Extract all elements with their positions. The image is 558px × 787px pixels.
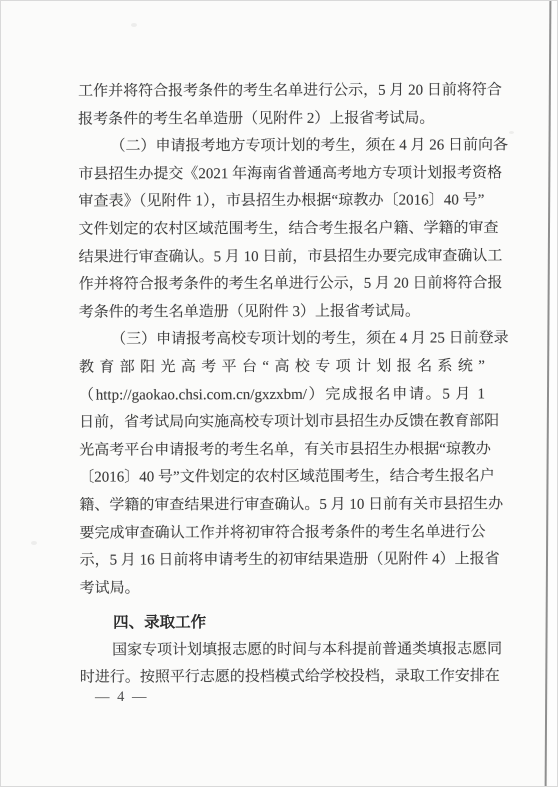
text-line: 籍、学籍的审查结果进行审查确认。5 月 10 日前有关市县招生办	[79, 491, 485, 520]
text-line: 结果进行审查确认。5 月 10 日前，市县招生办要完成审查确认工	[79, 243, 485, 272]
text-line: （http://gaokao.chsi.com.cn/gxzxbm/）完成报名申…	[79, 381, 485, 410]
text-line: （二）申请报考地方专项计划的考生，须在 4 月 26 日前向各	[78, 133, 484, 162]
text-line: 工作并将符合报考条件的考生名单进行公示，5 月 20 日前将符合	[78, 77, 484, 106]
page-number: — 4 —	[95, 689, 149, 706]
document-body: 工作并将符合报考条件的考生名单进行公示，5 月 20 日前将符合报考条件的考生名…	[78, 77, 486, 692]
text-line: 国家专项计划填报志愿的时间与本科提前普通类填报志愿同	[80, 636, 486, 665]
text-line: 市县招生办提交《2021 年海南省普通高考地方专项计划报考资格	[78, 160, 484, 189]
text-line: 〔2016〕40 号”文件划定的农村区域范围考生，结合考生报名户	[79, 464, 485, 493]
text-line: 日前，省考试局向实施高校专项计划市县招生办反馈在教育部阳	[79, 408, 485, 437]
text-line: 要完成审查确认工作并将初审符合报考条件的考生名单进行公	[79, 519, 485, 548]
text-line: 作并将符合报考条件的考生名单进行公示，5 月 20 日前将符合报	[79, 271, 485, 300]
text-line: 示，5 月 16 日前将申请考生的初审结果造册（见附件 4）上报省	[80, 546, 486, 575]
text-line: 考条件的考生名单造册（见附件 3）上报省考试局。	[79, 298, 485, 327]
scan-speck	[31, 541, 37, 545]
text-line: 光高考平台申请报考的考生名单，有关市县招生办根据“琼教办	[79, 436, 485, 465]
text-line: 考试局。	[80, 574, 486, 603]
text-line: 文件划定的农村区域范围考生，结合考生报名户籍、学籍的审查	[78, 215, 484, 244]
scan-speck	[509, 131, 514, 134]
text-line: 教育部阳光高考平台“高校专项计划报名系统”	[79, 353, 485, 382]
text-line: （三）申请报考高校专项计划的考生，须在 4 月 25 日前登录	[79, 326, 485, 355]
section-heading: 四、录取工作	[80, 609, 486, 638]
scanned-document-page: 工作并将符合报考条件的考生名单进行公示，5 月 20 日前将符合报考条件的考生名…	[0, 0, 558, 787]
text-line: 审查表》（见附件 1），市县招生办根据“琼教办〔2016〕40 号”	[78, 188, 484, 217]
scan-speck	[131, 23, 137, 27]
text-line: 报考条件的考生名单造册（见附件 2）上报省考试局。	[78, 105, 484, 134]
